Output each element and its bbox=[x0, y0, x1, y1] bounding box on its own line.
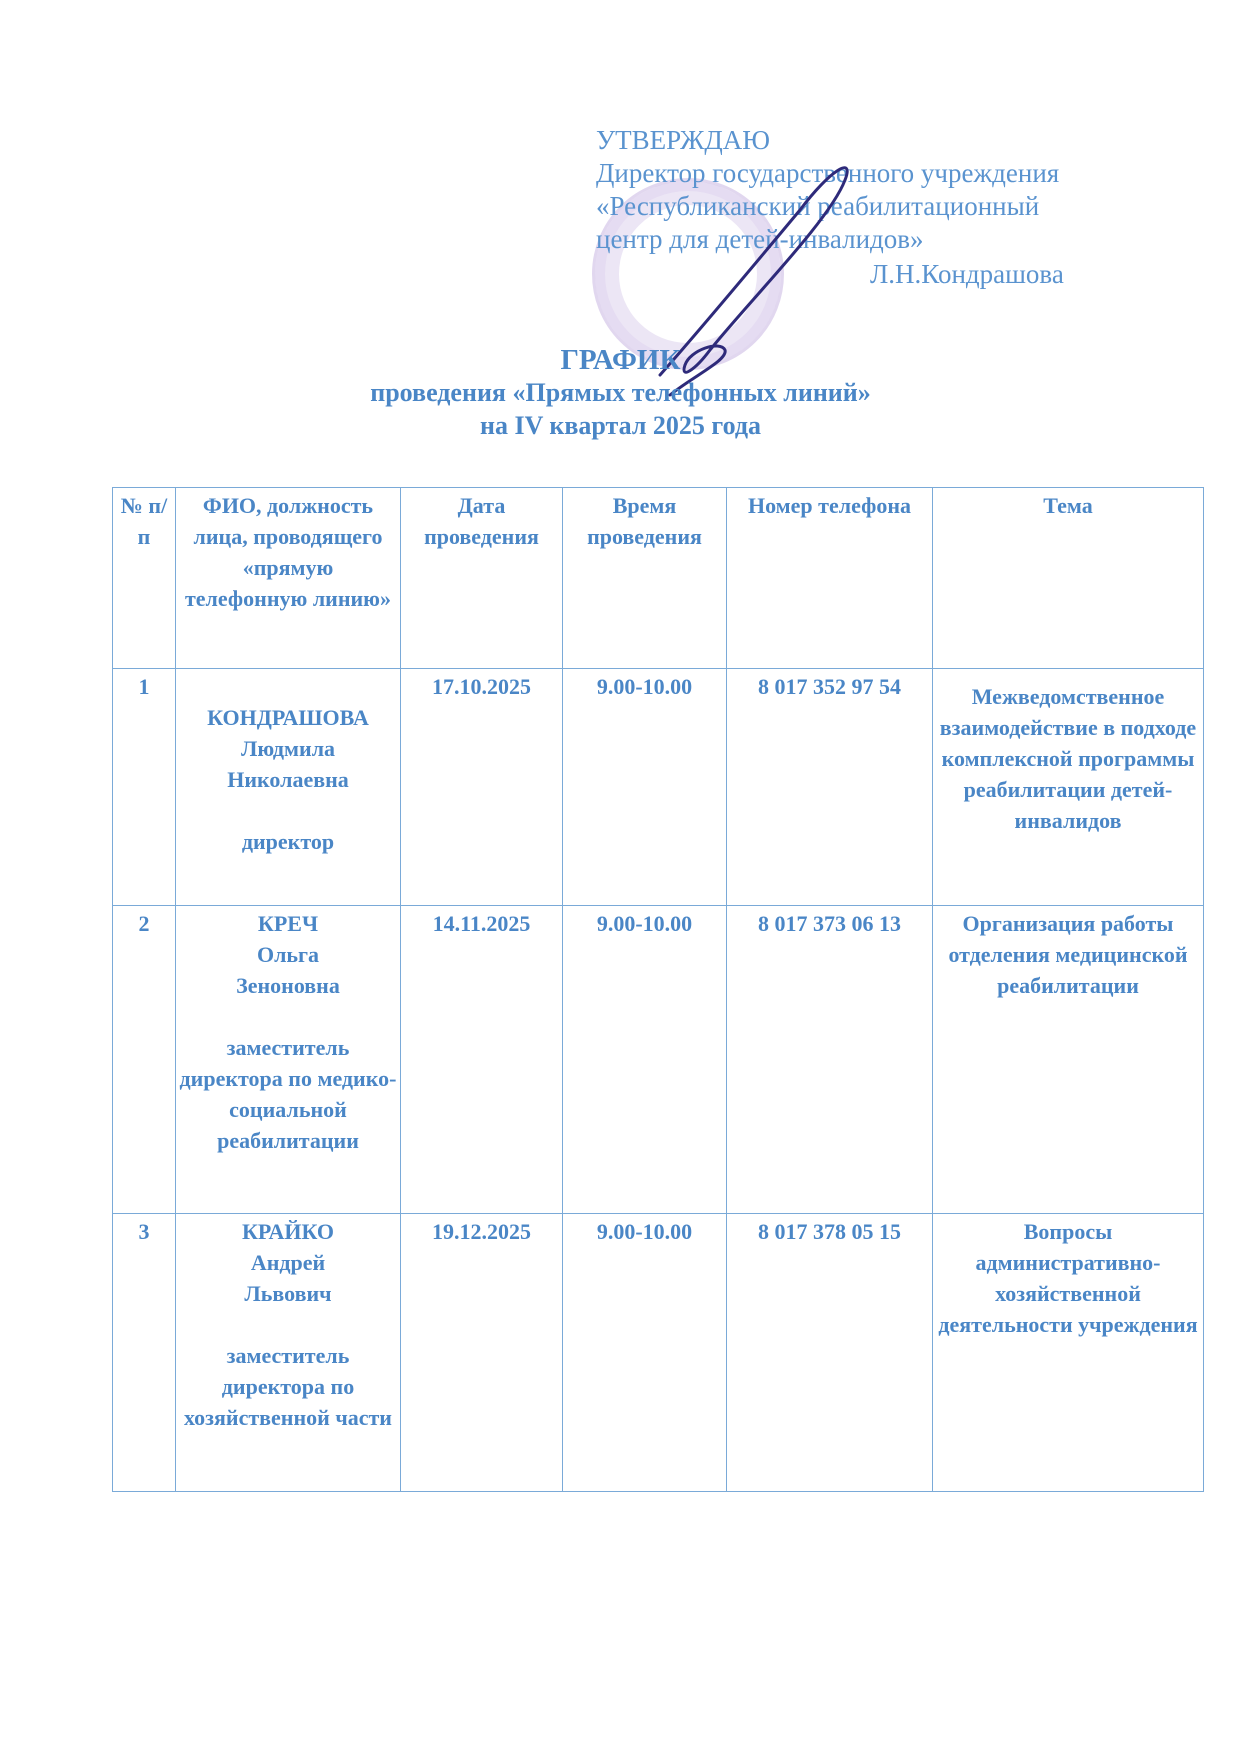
position: заместитель директора по хозяйственной ч… bbox=[179, 1340, 397, 1433]
title-line-1: ГРАФИК bbox=[0, 344, 1241, 376]
cell-phone: 8 017 378 05 15 bbox=[727, 1214, 933, 1492]
cell-topic: Организация работы отделения медицинской… bbox=[933, 906, 1204, 1214]
patronymic: Зеноновна bbox=[179, 970, 397, 1001]
table-row: 2 КРЕЧ Ольга Зеноновна заместитель дирек… bbox=[113, 906, 1204, 1214]
table-row: 3 КРАЙКО Андрей Львович заместитель дире… bbox=[113, 1214, 1204, 1492]
header-phone: Номер телефона bbox=[727, 488, 933, 669]
approval-line: «Республиканский реабилитационный bbox=[596, 190, 1156, 223]
first-name: Ольга bbox=[179, 939, 397, 970]
first-name: Людмила bbox=[179, 733, 397, 764]
header-date: Дата проведения bbox=[401, 488, 563, 669]
header-topic: Тема bbox=[933, 488, 1204, 669]
topic-text: Межведомственное взаимодействие в подход… bbox=[936, 671, 1200, 836]
table-row: 1 КОНДРАШОВА Людмила Николаевна директор… bbox=[113, 669, 1204, 906]
patronymic: Николаевна bbox=[179, 764, 397, 795]
position: заместитель директора по медико-социальн… bbox=[179, 1032, 397, 1156]
cell-fio: КРАЙКО Андрей Львович заместитель директ… bbox=[176, 1214, 401, 1492]
cell-num: 2 bbox=[113, 906, 176, 1214]
cell-phone: 8 017 373 06 13 bbox=[727, 906, 933, 1214]
patronymic: Львович bbox=[179, 1278, 397, 1309]
position: директор bbox=[179, 826, 397, 857]
surname: КРАЙКО bbox=[179, 1216, 397, 1247]
surname: КОНДРАШОВА bbox=[179, 702, 397, 733]
schedule-table: № п/п ФИО, должность лица, проводящего «… bbox=[112, 487, 1204, 1492]
cell-time: 9.00-10.00 bbox=[563, 1214, 727, 1492]
title-line-2: проведения «Прямых телефонных линий» bbox=[0, 376, 1241, 409]
cell-date: 14.11.2025 bbox=[401, 906, 563, 1214]
approval-line: центр для детей-инвалидов» bbox=[596, 223, 1156, 256]
cell-date: 17.10.2025 bbox=[401, 669, 563, 906]
surname: КРЕЧ bbox=[179, 908, 397, 939]
cell-date: 19.12.2025 bbox=[401, 1214, 563, 1492]
cell-time: 9.00-10.00 bbox=[563, 906, 727, 1214]
header-time: Время проведения bbox=[563, 488, 727, 669]
cell-num: 1 bbox=[113, 669, 176, 906]
header-num: № п/п bbox=[113, 488, 176, 669]
cell-topic: Межведомственное взаимодействие в подход… bbox=[933, 669, 1204, 906]
cell-num: 3 bbox=[113, 1214, 176, 1492]
table-header-row: № п/п ФИО, должность лица, проводящего «… bbox=[113, 488, 1204, 669]
first-name: Андрей bbox=[179, 1247, 397, 1278]
title-line-3: на IV квартал 2025 года bbox=[0, 409, 1241, 442]
cell-fio: КРЕЧ Ольга Зеноновна заместитель директо… bbox=[176, 906, 401, 1214]
document-title: ГРАФИК проведения «Прямых телефонных лин… bbox=[0, 344, 1241, 442]
cell-fio: КОНДРАШОВА Людмила Николаевна директор bbox=[176, 669, 401, 906]
cell-time: 9.00-10.00 bbox=[563, 669, 727, 906]
approval-line: Директор государственного учреждения bbox=[596, 157, 1156, 190]
approval-signer: Л.Н.Кондрашова bbox=[596, 258, 1156, 291]
cell-phone: 8 017 352 97 54 bbox=[727, 669, 933, 906]
cell-topic: Вопросы административно-хозяйственной де… bbox=[933, 1214, 1204, 1492]
approval-heading: УТВЕРЖДАЮ bbox=[596, 124, 1156, 157]
approval-block: УТВЕРЖДАЮ Директор государственного учре… bbox=[596, 124, 1156, 291]
header-fio: ФИО, должность лица, проводящего «прямую… bbox=[176, 488, 401, 669]
